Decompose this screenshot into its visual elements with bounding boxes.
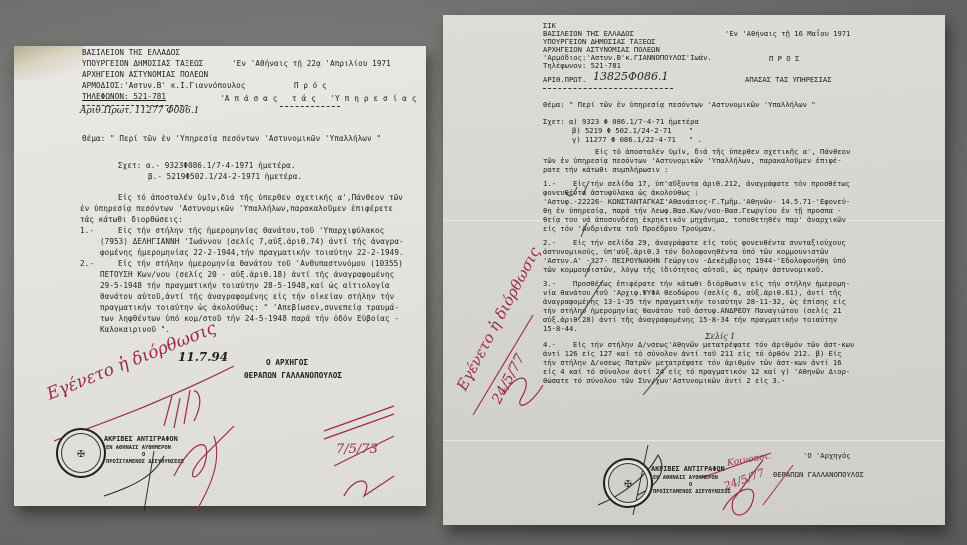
letter-16-may-1971: ΣΙΚ ΒΑΣΙΛΕΙΟΝ ΤΗΣ ΕΛΛΑΔΟΣ ΥΠΟΥΡΓΕΙΟΝ ΔΗΜ… (443, 15, 945, 525)
red-date: 7/5/73 (336, 442, 378, 457)
crest-icon: ✠ (624, 476, 631, 490)
crest-icon: ✠ (77, 446, 84, 460)
official-seal-icon: ✠ (603, 458, 653, 508)
letter-22-april-1971: ΒΑΣΙΛΕΙΟΝ ΤΗΣ ΕΛΛΑΔΟΣ ΥΠΟΥΡΓΕΙΟΝ ΔΗΜΟΣΙΑ… (14, 46, 426, 506)
official-seal-icon: ✠ (56, 428, 106, 478)
pen-strokes (443, 15, 945, 525)
